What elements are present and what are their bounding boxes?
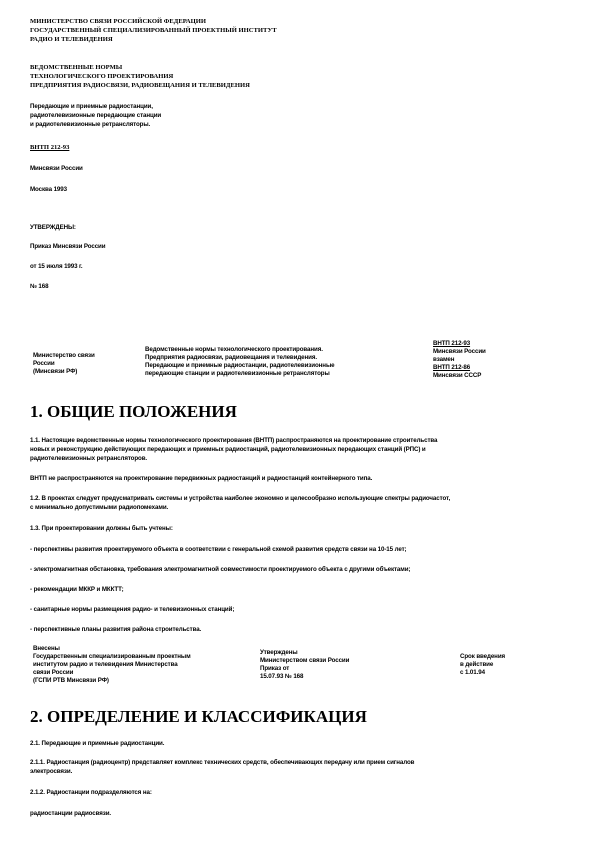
text-line: электросвязи. [30,767,414,776]
section-2-paragraph-4: радиостанции радиосвязи. [30,810,111,818]
text-line: Государственным специализированным проек… [33,653,191,661]
code-old: ВНТП 212-86 [433,364,486,372]
info-left-line: (Минсвязи РФ) [33,368,95,376]
bullet-item: - перспективы развития проектируемого об… [30,546,407,554]
approval-number: № 168 [30,283,48,291]
bullet-item: - санитарные нормы размещения радио- и т… [30,606,234,614]
code-new: ВНТП 212-93 [433,340,486,348]
text-line: новых и реконструкцию действующих переда… [30,445,437,454]
section-1-title: 1. ОБЩИЕ ПОЛОЖЕНИЯ [30,402,237,422]
approval-title: УТВЕРЖДЕНЫ: [30,224,76,232]
text-line: с 1.01.94 [460,669,505,677]
section-1-paragraph-1: 1.1. Настоящие ведомственные нормы техно… [30,436,437,463]
subject-line: и радиотелевизионные ретрансляторы. [30,120,161,129]
text-line: связи России [33,669,191,677]
info-middle-line: Ведомственные нормы технологического про… [145,346,334,354]
section-2-paragraph-1: 2.1. Передающие и приемные радиостанции. [30,740,164,748]
section-1-paragraph-2: ВНТП не распространяются на проектирован… [30,475,372,483]
text-line: 2.1.1. Радиостанция (радиоцентр) предста… [30,758,414,767]
section-2-paragraph-2: 2.1.1. Радиостанция (радиоцентр) предста… [30,758,414,776]
org-header: МИНИСТЕРСТВО СВЯЗИ РОССИЙСКОЙ ФЕДЕРАЦИИ … [30,17,277,44]
org-line: РАДИО И ТЕЛЕВИДЕНИЯ [30,35,277,44]
text-line: с минимально допустимыми радиопомехами. [30,503,450,512]
org-line: МИНИСТЕРСТВО СВЯЗИ РОССИЙСКОЙ ФЕДЕРАЦИИ [30,17,277,26]
approved-by: Утверждены Министерством связи России Пр… [260,649,349,681]
ministry-old: Минсвязи СССР [433,372,486,380]
document-code: ВНТП 212-93 [30,143,69,152]
info-left-line: России [33,360,95,368]
section-2-paragraph-3: 2.1.2. Радиостанции подразделяются на: [30,789,152,797]
norms-line: ТЕХНОЛОГИЧЕСКОГО ПРОЕКТИРОВАНИЯ [30,72,250,81]
text-line: институтом радио и телевидения Министерс… [33,661,191,669]
norms-line: ПРЕДПРИЯТИЯ РАДИОСВЯЗИ, РАДИОВЕЩАНИЯ И Т… [30,81,250,90]
info-right: ВНТП 212-93 Минсвязи России взамен ВНТП … [433,340,486,380]
info-left-line: Министерство связи [33,352,95,360]
org-line: ГОСУДАРСТВЕННЫЙ СПЕЦИАЛИЗИРОВАННЫЙ ПРОЕК… [30,26,277,35]
approval-order: Приказ Минсвязи России [30,243,105,251]
ministry-new: Минсвязи России [433,348,486,356]
text-line: Внесены [33,645,191,653]
info-middle: Ведомственные нормы технологического про… [145,346,334,378]
info-middle-line: передающие станции и радиотелевизионные … [145,370,334,378]
ministry: Минсвязи России [30,165,83,173]
approval-date: от 15 июля 1993 г. [30,263,83,271]
bullet-item: - перспективные планы развития района ст… [30,626,201,634]
text-line: Приказ от [260,665,349,673]
subject: Передающие и приемные радиостанции, ради… [30,102,161,129]
subject-line: Передающие и приемные радиостанции, [30,102,161,111]
text-line: 15.07.93 № 168 [260,673,349,681]
section-1-paragraph-4: 1.3. При проектировании должны быть учте… [30,525,173,533]
text-line: радиотелевизионных ретрансляторов. [30,454,437,463]
introduced-by: Внесены Государственным специализированн… [33,645,191,685]
info-middle-line: Предприятия радиосвязи, радиовещания и т… [145,354,334,362]
info-left: Министерство связи России (Минсвязи РФ) [33,352,95,376]
section-1-paragraph-3: 1.2. В проектах следует предусматривать … [30,494,450,512]
city-year: Москва 1993 [30,186,67,194]
effective-date: Срок введения в действие с 1.01.94 [460,653,505,677]
text-line: Министерством связи России [260,657,349,665]
bullet-item: - рекомендации МККР и МККТТ; [30,586,124,594]
text-line: Утверждены [260,649,349,657]
norms-line: ВЕДОМСТВЕННЫЕ НОРМЫ [30,63,250,72]
text-line: Срок введения [460,653,505,661]
instead-label: взамен [433,356,486,364]
text-line: 1.2. В проектах следует предусматривать … [30,494,450,503]
text-line: в действие [460,661,505,669]
text-line: (ГСПИ РТВ Минсвязи РФ) [33,677,191,685]
info-middle-line: Передающие и приемные радиостанции, ради… [145,362,334,370]
bullet-item: - электромагнитная обстановка, требовани… [30,566,410,574]
norms-header: ВЕДОМСТВЕННЫЕ НОРМЫ ТЕХНОЛОГИЧЕСКОГО ПРО… [30,63,250,90]
subject-line: радиотелевизионные передающие станции [30,111,161,120]
section-2-title: 2. ОПРЕДЕЛЕНИЕ И КЛАССИФИКАЦИЯ [30,707,367,727]
text-line: 1.1. Настоящие ведомственные нормы техно… [30,436,437,445]
